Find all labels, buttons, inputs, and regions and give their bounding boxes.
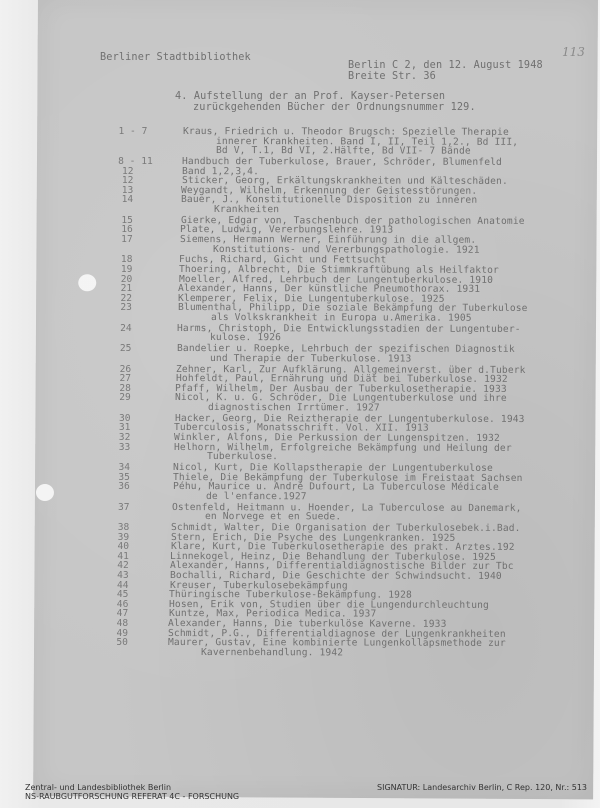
institution-name: Berliner Stadtbibliothek [100,53,251,63]
item-text-continuation: diagnostischen Irrtümer. 1927 [208,403,380,413]
footer-institution: Zentral- und Landesbibliothek Berlin [25,783,239,792]
item-number: 25 [120,344,132,354]
item-number: 24 [120,324,132,334]
item-text-continuation: en Norvege et en Suede. [205,512,341,522]
footer-signature: SIGNATUR: Landesarchiv Berlin, C Rep. 12… [377,783,587,792]
heading-line-2: zurückgehenden Bücher der Ordnungsnummer… [193,103,476,113]
item-number: 50 [116,638,128,648]
folio-number: 113 [562,45,585,59]
place-date: Berlin C 2, den 12. August 1948 [348,61,543,71]
heading-line-1: 4. Aufstellung der an Prof. Kayser-Peter… [175,92,445,102]
punch-hole [36,484,54,501]
footer-department: NS-RAUBGUTFORSCHUNG REFERAT 4C - FORSCHU… [25,792,239,801]
item-text-continuation: de l'enfance.1927 [206,492,307,502]
item-text-continuation: und Therapie der Tuberkulose. 1913 [210,354,412,364]
item-text-continuation: Tuberkulose. [207,452,278,462]
item-number: 33 [119,443,131,453]
item-text-continuation: Krankheiten [214,205,279,215]
item-number: 23 [120,303,132,313]
item-number: 29 [119,393,131,403]
item-text-continuation: Bd V, T.1, Bd VI, 2.Hälfte, Bd VII- 7 Bä… [216,146,471,156]
item-number: 17 [121,235,133,245]
item-text-continuation: Kavernenbehandlung. 1942 [201,648,343,658]
item-number: 36 [118,482,130,492]
item-number: 37 [118,503,130,513]
footer-left: Zentral- und Landesbibliothek Berlin NS-… [25,783,239,801]
address: Breite Str. 36 [348,72,436,82]
item-text-continuation: als Volkskrankheit in Europa u.Amerika. … [211,313,472,323]
item-text-continuation: kulose. 1926 [210,333,281,343]
item-number: 14 [122,195,134,205]
punch-hole [78,274,96,291]
item-number: 1 - 7 [118,127,147,137]
